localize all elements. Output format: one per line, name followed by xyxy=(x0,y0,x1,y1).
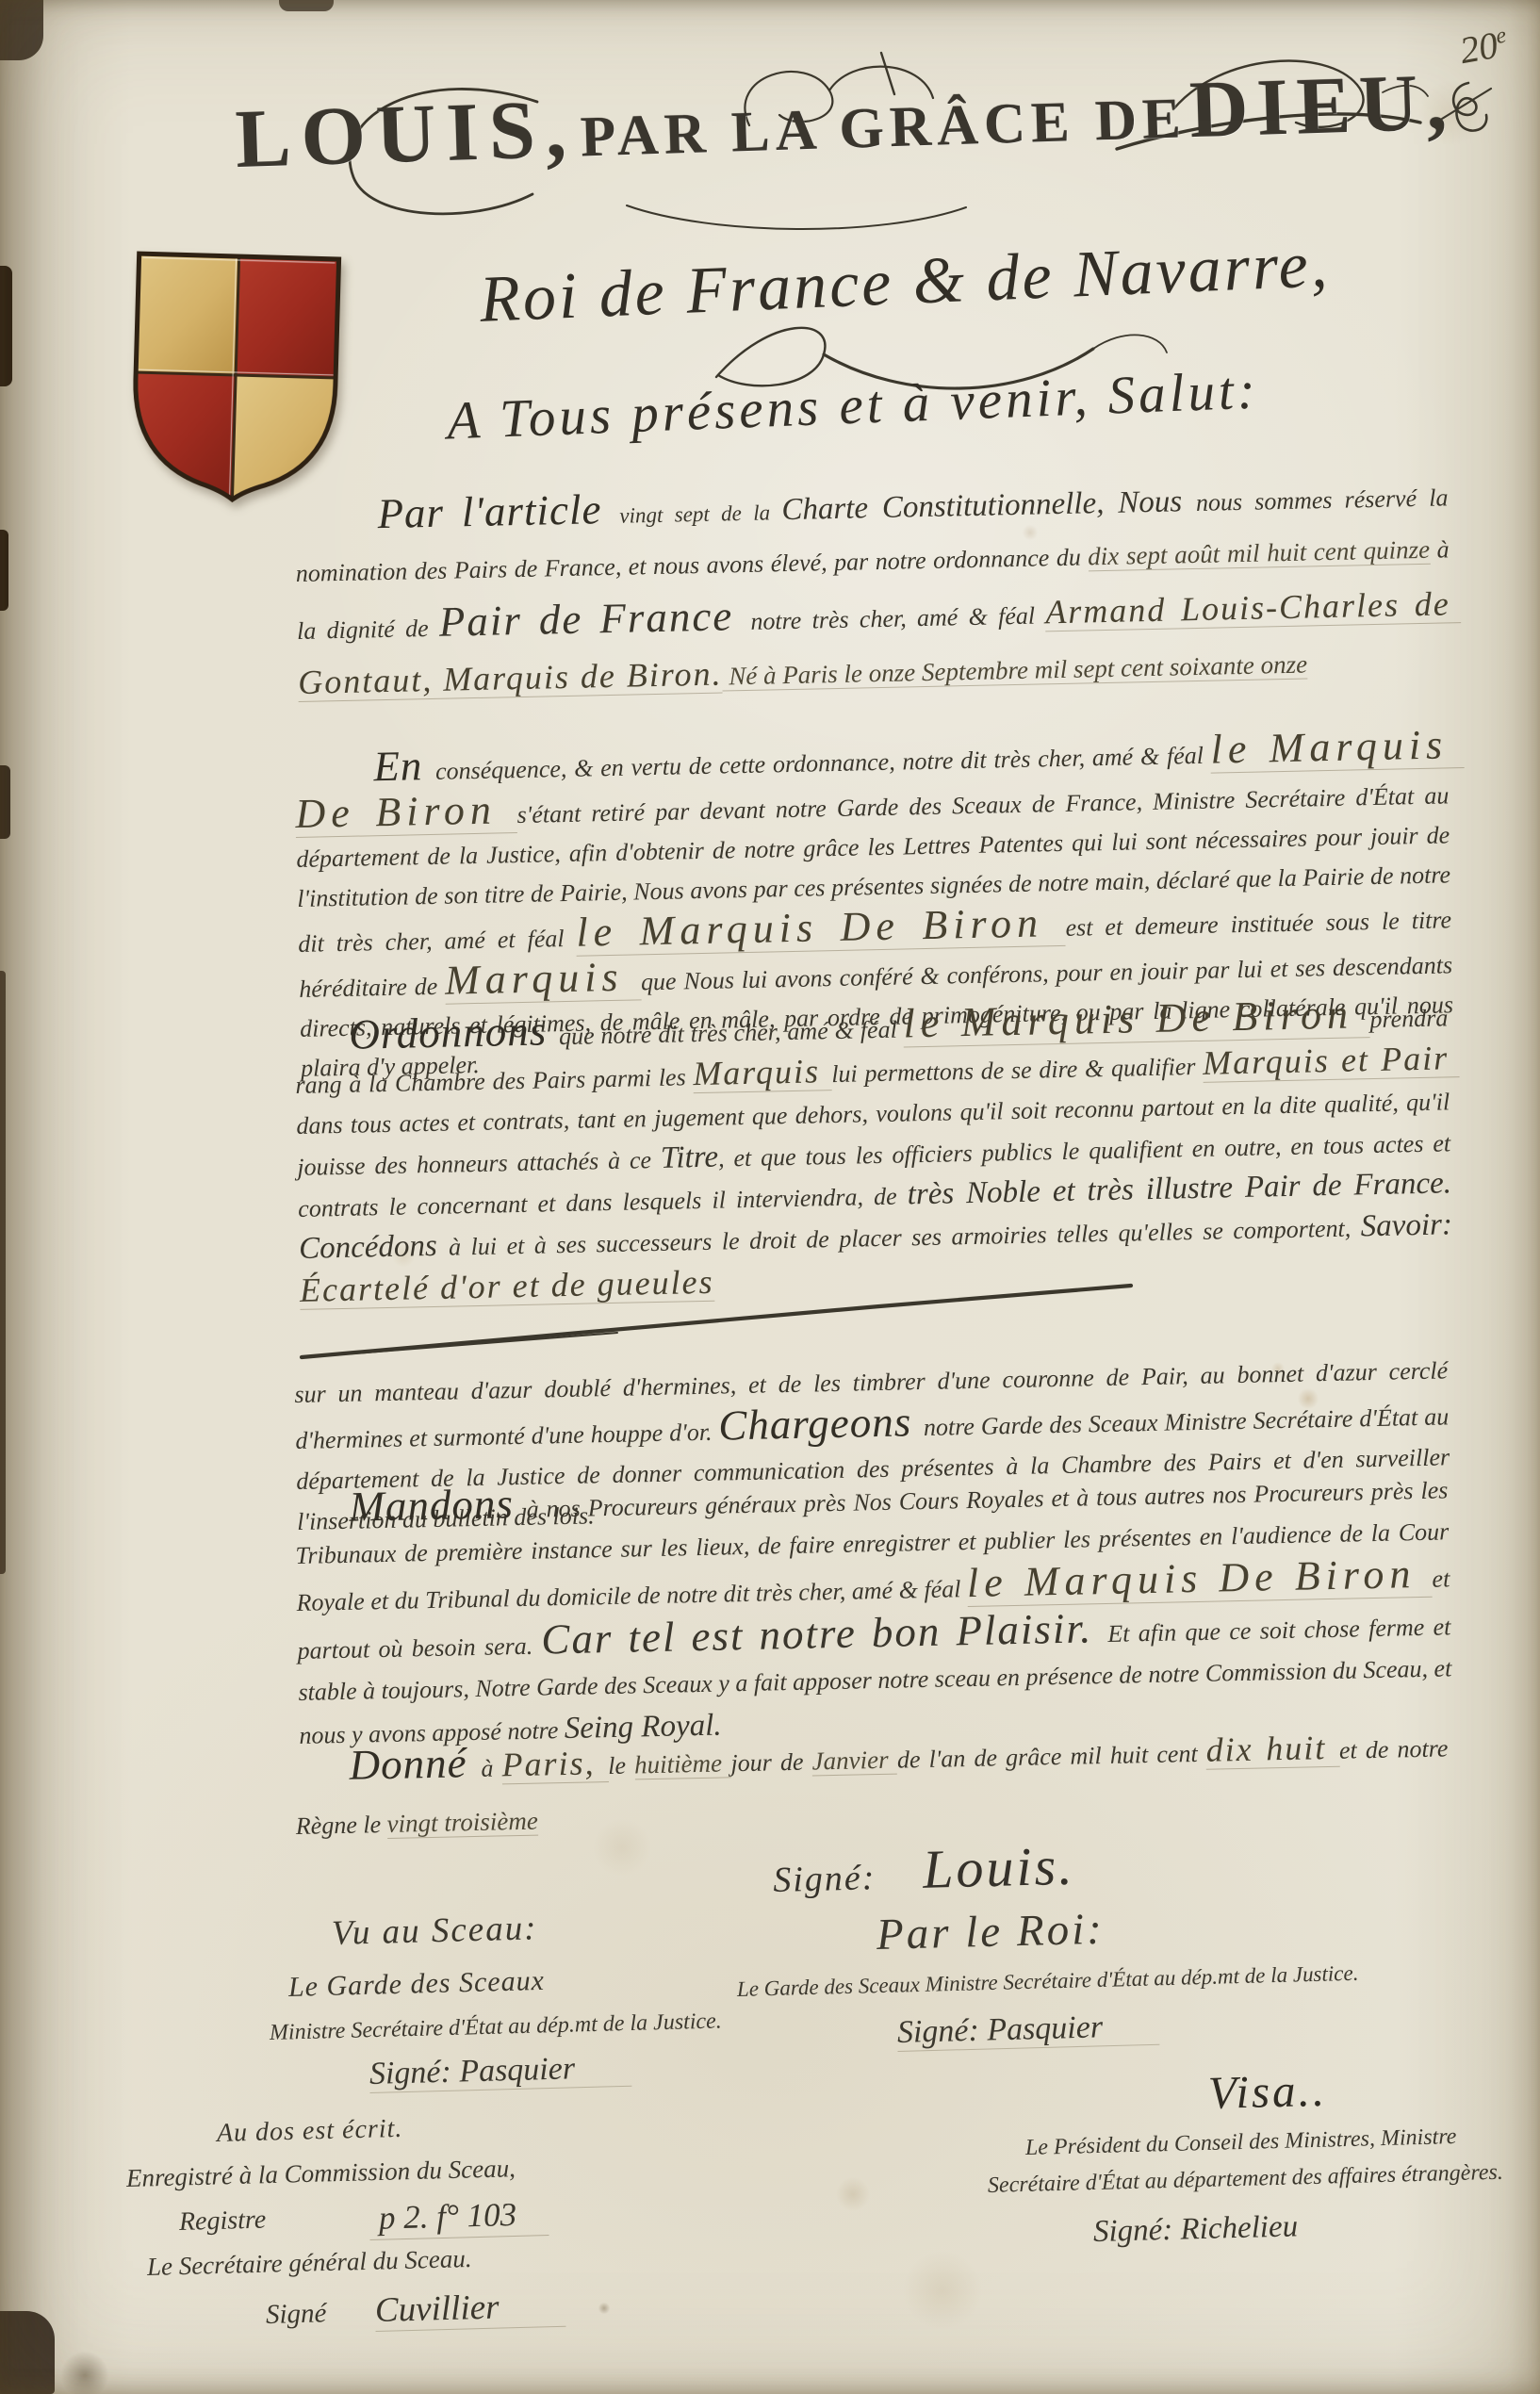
text-segment: Nous xyxy=(1118,484,1196,520)
binding-mark xyxy=(0,2311,55,2394)
text-segment: Né à Paris le onze Septembre mil sept ce… xyxy=(722,650,1307,692)
binding-mark xyxy=(0,765,10,839)
binding-mark xyxy=(0,530,8,611)
text-segment: En xyxy=(373,742,436,790)
signature-pasquier-right: Signé: Pasquier xyxy=(896,2009,1159,2052)
text-segment: dix sept août mil huit cent quinze xyxy=(1088,535,1430,572)
letters-patent-page: 20e LOUIS, PAR LA GRÂCE DE DIEU, Roi de … xyxy=(0,0,1540,2394)
paragraph-mandons: Mandons à nos Procureurs généraux près N… xyxy=(294,1465,1453,1759)
vu-au-sceau-heading: Vu au Sceau: xyxy=(331,1908,538,1954)
text-segment: Janvier xyxy=(811,1746,897,1777)
signe-label: Signé: xyxy=(773,1858,876,1900)
text-segment: Pair de France xyxy=(438,592,751,646)
text-segment: Charte Constitutionnelle, xyxy=(781,486,1119,527)
binding-mark xyxy=(0,971,6,1574)
text-segment: Paris, xyxy=(501,1744,608,1784)
signe-cuvillier-label: Signé xyxy=(266,2298,327,2331)
garde-des-sceaux-line: Le Garde des Sceaux xyxy=(288,1965,546,2004)
folio-number: 20e xyxy=(1457,21,1512,73)
text-segment: jour de xyxy=(730,1747,812,1777)
royal-signature: Signé: Louis. xyxy=(772,1830,1207,1905)
text-segment: le Marquis De Biron xyxy=(576,899,1066,957)
signature-louis: Louis. xyxy=(922,1835,1075,1900)
garde-des-sceaux-right-line: Le Garde des Sceaux Ministre Secrétaire … xyxy=(737,1961,1359,2002)
text-segment: Par l'article xyxy=(377,485,620,537)
salutation-line: A Tous présens et à venir, Salut: xyxy=(301,354,1405,458)
text-segment: vingt troisième xyxy=(386,1807,538,1839)
text-segment: le Marquis De Biron xyxy=(903,991,1370,1047)
title-dieu: DIEU, xyxy=(1188,56,1456,155)
text-segment: lui permettons de se dire & qualifier xyxy=(831,1053,1204,1088)
text-segment: Donné xyxy=(349,1739,482,1789)
binding-mark xyxy=(279,0,334,11)
text-segment: à xyxy=(481,1754,502,1781)
text-segment: le xyxy=(608,1751,634,1779)
signature-cuvillier: Cuvillier xyxy=(374,2286,565,2332)
text-segment: Écartelé d'or et de gueules xyxy=(300,1263,714,1310)
text-segment: notre très cher, amé & féal xyxy=(750,601,1046,635)
registre-label: Registre xyxy=(179,2205,267,2238)
text-segment: Chargeons xyxy=(718,1398,925,1450)
binding-mark xyxy=(0,0,43,60)
enregistre-line: Enregistré à la Commission du Sceau, xyxy=(126,2154,516,2193)
binding-mark xyxy=(0,266,12,386)
affaires-etrangeres-line: Secrétaire d'État au département des aff… xyxy=(988,2160,1504,2199)
visa-heading: Visa.. xyxy=(1207,2063,1327,2120)
text-segment: que notre dit très cher, amé & féal xyxy=(559,1015,904,1050)
text-segment: le Marquis De Biron xyxy=(966,1550,1432,1607)
text-segment: Car tel est notre bon Plaisir. xyxy=(541,1604,1108,1664)
shield-icon xyxy=(124,248,346,506)
president-conseil-line: Le Président du Conseil des Ministres, M… xyxy=(1025,2124,1457,2161)
royal-subtitle: Roi de France & de Navarre, xyxy=(357,222,1452,344)
text-segment: conséquence, & en vertu de cette ordonna… xyxy=(435,742,1211,785)
text-segment: Savoir: xyxy=(1360,1207,1460,1243)
title-middle: PAR LA GRÂCE DE xyxy=(580,87,1188,169)
secretaire-general-line: Le Secrétaire général du Sceau. xyxy=(147,2244,472,2282)
text-segment: Marquis xyxy=(445,953,642,1004)
royal-title: LOUIS, PAR LA GRÂCE DE DIEU, xyxy=(234,55,1452,188)
text-segment: Titre xyxy=(661,1140,719,1175)
ministre-justice-line: Ministre Secrétaire d'État au dép.mt de … xyxy=(270,2009,722,2046)
text-segment: Concédons xyxy=(299,1229,450,1266)
title-louis: LOUIS, xyxy=(234,84,578,186)
text-segment: Marquis xyxy=(693,1052,832,1093)
paragraph-charte: Par l'article vingt sept de la Charte Co… xyxy=(294,467,1452,713)
text-segment: de l'an de grâce mil huit cent xyxy=(897,1740,1206,1774)
signature-richelieu: Signé: Richelieu xyxy=(1093,2209,1299,2250)
text-segment: dix huit xyxy=(1205,1729,1339,1770)
par-le-roi-heading: Par le Roi: xyxy=(876,1904,1105,1960)
text-segment: Marquis et Pair xyxy=(1203,1039,1460,1083)
paragraph-ordonnons: Ordonnons que notre dit très cher, amé &… xyxy=(294,993,1453,1316)
paragraph-donne: Donné à Paris, le huitième jour de Janvi… xyxy=(294,1717,1450,1855)
coat-of-arms xyxy=(124,248,347,511)
registre-value: p 2. f° 103 xyxy=(369,2195,549,2240)
text-segment: vingt sept de la xyxy=(619,500,782,528)
text-segment: très Noble et très illustre Pair de Fran… xyxy=(907,1166,1459,1211)
au-dos-line: Au dos est écrit. xyxy=(217,2114,403,2149)
text-segment: huitième xyxy=(634,1748,731,1779)
text-segment: Mandons xyxy=(349,1480,527,1531)
text-segment: Ordonnons xyxy=(349,1007,560,1058)
signature-pasquier-left: Signé: Pasquier xyxy=(369,2050,631,2093)
text-segment: à lui et à ses successeurs le droit de p… xyxy=(449,1214,1361,1260)
